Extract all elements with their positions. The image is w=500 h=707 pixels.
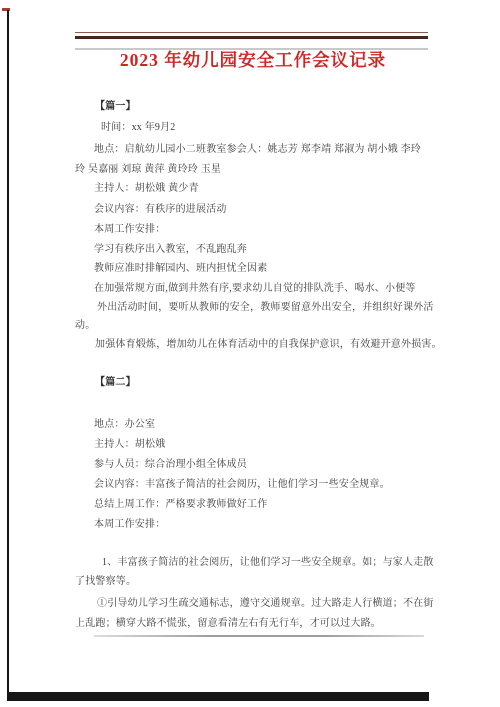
line2-item2-cont: 上乱跑；横穿大路不慌张，留意看清左右有无行车，才可以过大路。 xyxy=(75,618,381,630)
line-plan-item-2: 教师应准时排解园内、班内担忧全因素 xyxy=(94,263,267,275)
section-two-header: 【篇二】 xyxy=(95,377,136,389)
line-routine-para-1: 在加强常规方面,做到井然有序,要求幼儿自觉的排队洗手、喝水、小便等 xyxy=(94,283,416,295)
line-host: 主持人：胡松娥 黄少青 xyxy=(94,183,199,195)
line-plan-item-1: 学习有秩序出入教室，不乱跑乱奔 xyxy=(94,244,247,256)
line-sports-para: 加强体育煅炼，增加幼儿在体育活动中的自我保护意识，有效避开意外损害。 xyxy=(95,339,442,351)
line-location-participants: 地点：启航幼儿园小二班教室参会人：姚志芳 郑李靖 郑淑为 胡小娥 李玲 xyxy=(94,144,421,156)
line-meeting-content: 会议内容：有秩序的进展活动 xyxy=(94,204,227,216)
line-routine-para-2: 外出活动时间，要听从教师的安全，教师要留意外出安全，并组织好课外活 xyxy=(97,302,434,314)
line-participants-cont: 玲 吴嘉丽 刘琼 黄萍 黄玲玲 玉星 xyxy=(75,164,221,176)
line2-participants: 参与人员：综合治理小组全体成员 xyxy=(94,459,247,471)
line2-meeting-content: 会议内容：丰富孩子简洁的社会阅历，让他们学习一些安全规章。 xyxy=(94,479,390,491)
line2-item2: ①引导幼儿学习生疏交通标志，遵守交通规章。过大路走人行横道；不在街 xyxy=(97,598,434,610)
line-routine-para-3: 动。 xyxy=(75,320,95,332)
line-week-plan-label: 本周工作安排： xyxy=(94,224,165,236)
line2-item1: 1、丰富孩子简洁的社会阅历，让他们学习一些安全规章。如；与家人走散 xyxy=(102,557,434,569)
line-time: 时间：xx 年9月2 xyxy=(101,122,176,134)
line2-host: 主持人：胡松娥 xyxy=(94,439,165,451)
bottom-divider xyxy=(94,635,424,637)
line2-location: 地点：办公室 xyxy=(94,419,155,431)
header-rule-thin xyxy=(75,32,428,33)
document-title: 2023 年幼儿园安全工作会议记录 xyxy=(6,51,500,69)
bottom-edge-scan-artifact xyxy=(7,692,429,701)
line2-last-week-summary: 总结上周工作：严格要求教师做好工作 xyxy=(94,499,267,511)
section-one-header: 【篇一】 xyxy=(95,101,136,113)
document-page: 2023 年幼儿园安全工作会议记录 【篇一】 时间：xx 年9月2 地点：启航幼… xyxy=(0,0,500,707)
line2-week-plan-label: 本周工作安排： xyxy=(94,519,165,531)
header-rule-thick xyxy=(75,36,428,39)
line2-item1-cont: 了找警察等。 xyxy=(75,576,136,588)
left-edge-scan-artifact xyxy=(7,10,9,701)
